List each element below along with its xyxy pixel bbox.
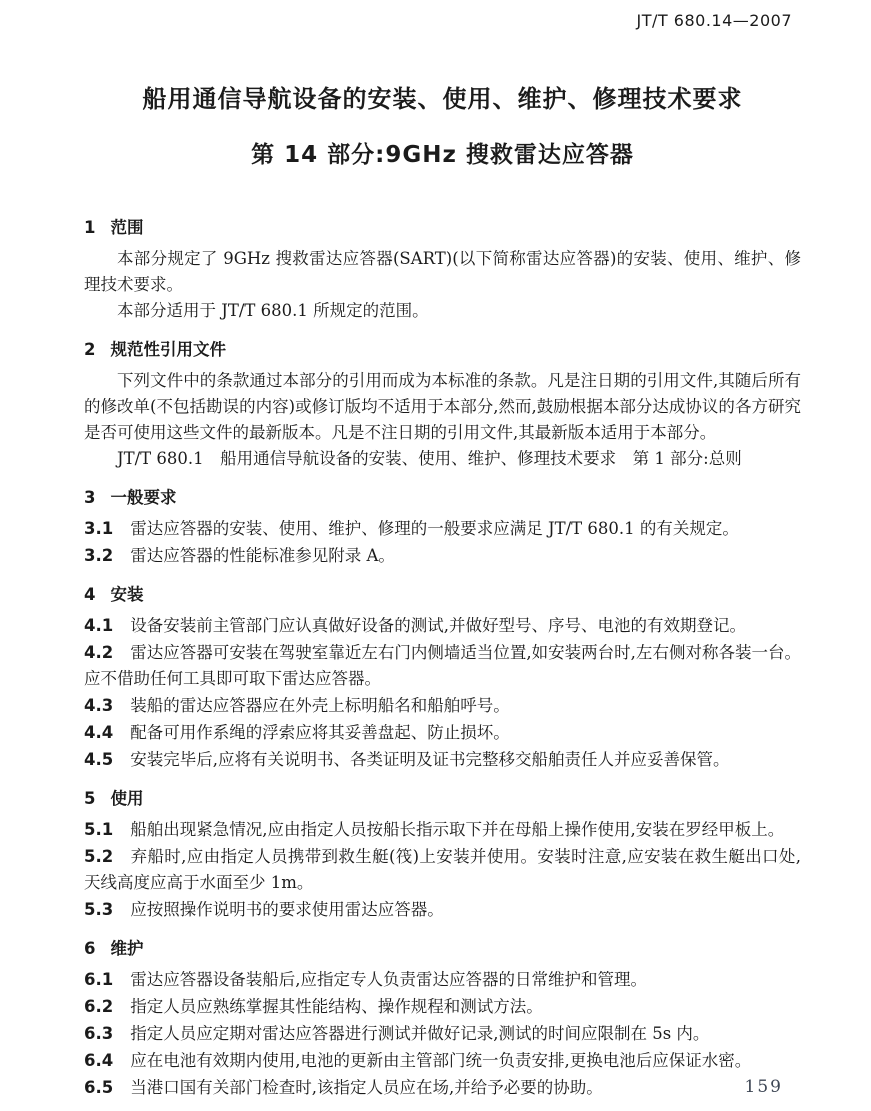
paragraph: 本部分规定了 9GHz 搜救雷达应答器(SART)(以下简称雷达应答器)的安装、… — [84, 246, 801, 298]
section-heading: 6维护 — [84, 936, 801, 962]
document-subtitle: 第 14 部分:9GHz 搜救雷达应答器 — [84, 142, 801, 168]
clause-text: 安装完毕后,应将有关说明书、各类证明及证书完整移交船舶责任人并应妥善保管。 — [130, 750, 729, 769]
clause: 5.1船舶出现紧急情况,应由指定人员按船长指示取下并在母船上操作使用,安装在罗经… — [84, 817, 801, 843]
clause-number: 3.1 — [84, 519, 113, 538]
section-title: 规范性引用文件 — [110, 340, 226, 359]
clause: 5.2弃船时,应由指定人员携带到救生艇(筏)上安装并使用。安装时注意,应安装在救… — [84, 844, 801, 896]
clause-number: 5.3 — [84, 900, 113, 919]
clause-number: 4.2 — [84, 643, 113, 662]
clause-number: 6.3 — [84, 1024, 113, 1043]
section-installation: 4安装 4.1设备安装前主管部门应认真做好设备的测试,并做好型号、序号、电池的有… — [84, 582, 801, 773]
clause-number: 4.5 — [84, 750, 113, 769]
clause-number: 4.4 — [84, 723, 113, 742]
section-number: 3 — [84, 488, 95, 507]
section-heading: 5使用 — [84, 786, 801, 812]
clause: 6.3指定人员应定期对雷达应答器进行测试并做好记录,测试的时间应限制在 5s 内… — [84, 1021, 801, 1047]
section-heading: 3一般要求 — [84, 485, 801, 511]
section-heading: 4安装 — [84, 582, 801, 608]
section-heading: 1范围 — [84, 215, 801, 241]
clause-text: 设备安装前主管部门应认真做好设备的测试,并做好型号、序号、电池的有效期登记。 — [130, 616, 746, 635]
clause: 4.3装船的雷达应答器应在外壳上标明船名和船舶呼号。 — [84, 693, 801, 719]
clause-text: 雷达应答器可安装在驾驶室靠近左右门内侧墙适当位置,如安装两台时,左右侧对称各装一… — [84, 643, 801, 688]
section-title: 使用 — [110, 789, 143, 808]
clause-text: 配备可用作系绳的浮索应将其妥善盘起、防止损坏。 — [130, 723, 510, 742]
section-number: 2 — [84, 340, 95, 359]
clause-number: 6.2 — [84, 997, 113, 1016]
section-usage: 5使用 5.1船舶出现紧急情况,应由指定人员按船长指示取下并在母船上操作使用,安… — [84, 786, 801, 923]
clause-text: 弃船时,应由指定人员携带到救生艇(筏)上安装并使用。安装时注意,应安装在救生艇出… — [84, 847, 801, 892]
clause: 4.1设备安装前主管部门应认真做好设备的测试,并做好型号、序号、电池的有效期登记… — [84, 613, 801, 639]
section-normative-references: 2规范性引用文件 下列文件中的条款通过本部分的引用而成为本标准的条款。凡是注日期… — [84, 337, 801, 472]
section-number: 1 — [84, 218, 95, 237]
clause: 4.2雷达应答器可安装在驾驶室靠近左右门内侧墙适当位置,如安装两台时,左右侧对称… — [84, 640, 801, 692]
clause: 4.4配备可用作系绳的浮索应将其妥善盘起、防止损坏。 — [84, 720, 801, 746]
section-maintenance: 6维护 6.1雷达应答器设备装船后,应指定专人负责雷达应答器的日常维护和管理。 … — [84, 936, 801, 1101]
clause-text: 雷达应答器设备装船后,应指定专人负责雷达应答器的日常维护和管理。 — [130, 970, 647, 989]
document-content: 船用通信导航设备的安装、使用、维护、修理技术要求 第 14 部分:9GHz 搜救… — [0, 0, 871, 1101]
clause-number: 6.5 — [84, 1078, 113, 1097]
clause-text: 雷达应答器的性能标准参见附录 A。 — [130, 546, 395, 565]
clause: 6.2指定人员应熟练掌握其性能结构、操作规程和测试方法。 — [84, 994, 801, 1020]
clause: 6.4应在电池有效期内使用,电池的更新由主管部门统一负责安排,更换电池后应保证水… — [84, 1048, 801, 1074]
clause-number: 6.4 — [84, 1051, 113, 1070]
section-title: 范围 — [110, 218, 143, 237]
section-number: 4 — [84, 585, 95, 604]
clause: 6.5当港口国有关部门检查时,该指定人员应在场,并给予必要的协助。 — [84, 1075, 801, 1101]
clause-number: 4.3 — [84, 696, 113, 715]
clause-text: 当港口国有关部门检查时,该指定人员应在场,并给予必要的协助。 — [130, 1078, 603, 1097]
section-title: 安装 — [110, 585, 143, 604]
section-number: 6 — [84, 939, 95, 958]
clause: 4.5安装完毕后,应将有关说明书、各类证明及证书完整移交船舶责任人并应妥善保管。 — [84, 747, 801, 773]
section-scope: 1范围 本部分规定了 9GHz 搜救雷达应答器(SART)(以下简称雷达应答器)… — [84, 215, 801, 324]
clause-number: 3.2 — [84, 546, 113, 565]
document-page: JT/T 680.14—2007 船用通信导航设备的安装、使用、维护、修理技术要… — [0, 0, 871, 1111]
clause-text: 雷达应答器的安装、使用、维护、修理的一般要求应满足 JT/T 680.1 的有关… — [130, 519, 739, 538]
section-title: 维护 — [110, 939, 143, 958]
clause-text: 应在电池有效期内使用,电池的更新由主管部门统一负责安排,更换电池后应保证水密。 — [130, 1051, 751, 1070]
clause-number: 5.2 — [84, 847, 113, 866]
referenced-standard: JT/T 680.1 船用通信导航设备的安装、使用、维护、修理技术要求 第 1 … — [84, 446, 801, 472]
clause-text: 装船的雷达应答器应在外壳上标明船名和船舶呼号。 — [130, 696, 510, 715]
clause-text: 应按照操作说明书的要求使用雷达应答器。 — [130, 900, 444, 919]
section-number: 5 — [84, 789, 95, 808]
clause-text: 指定人员应熟练掌握其性能结构、操作规程和测试方法。 — [130, 997, 543, 1016]
clause-number: 6.1 — [84, 970, 113, 989]
clause: 3.2雷达应答器的性能标准参见附录 A。 — [84, 543, 801, 569]
section-general-requirements: 3一般要求 3.1雷达应答器的安装、使用、维护、修理的一般要求应满足 JT/T … — [84, 485, 801, 569]
standard-code: JT/T 680.14—2007 — [637, 11, 792, 30]
section-title: 一般要求 — [110, 488, 176, 507]
paragraph: 本部分适用于 JT/T 680.1 所规定的范围。 — [84, 298, 801, 324]
clause: 3.1雷达应答器的安装、使用、维护、修理的一般要求应满足 JT/T 680.1 … — [84, 516, 801, 542]
paragraph: 下列文件中的条款通过本部分的引用而成为本标准的条款。凡是注日期的引用文件,其随后… — [84, 368, 801, 446]
clause-number: 4.1 — [84, 616, 113, 635]
section-heading: 2规范性引用文件 — [84, 337, 801, 363]
page-number: 159 — [745, 1077, 783, 1097]
clause: 6.1雷达应答器设备装船后,应指定专人负责雷达应答器的日常维护和管理。 — [84, 967, 801, 993]
clause-text: 指定人员应定期对雷达应答器进行测试并做好记录,测试的时间应限制在 5s 内。 — [130, 1024, 709, 1043]
clause: 5.3应按照操作说明书的要求使用雷达应答器。 — [84, 897, 801, 923]
clause-number: 5.1 — [84, 820, 113, 839]
clause-text: 船舶出现紧急情况,应由指定人员按船长指示取下并在母船上操作使用,安装在罗经甲板上… — [130, 820, 784, 839]
